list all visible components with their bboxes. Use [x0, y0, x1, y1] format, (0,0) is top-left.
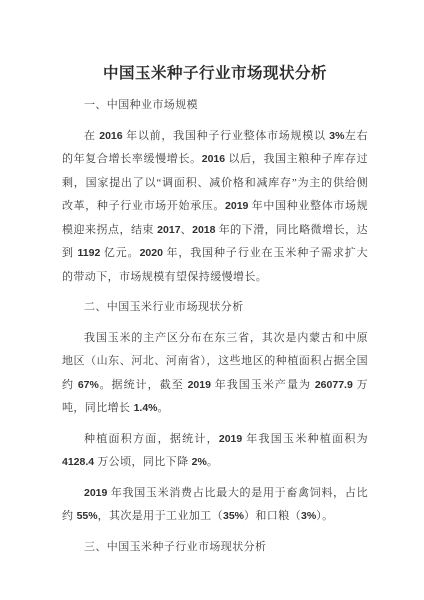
highlight-number: 3% [301, 510, 316, 522]
text-run: 在 [84, 130, 99, 142]
text-run: 年以前，我国种子行业整体市场规模以 [123, 130, 330, 142]
document-body: 一、中国种业市场规模在 2016 年以前，我国种子行业整体市场规模以 3%左右的… [62, 94, 368, 559]
text-run: ）和口粮（ [244, 510, 301, 522]
text-run: 。据统计，截至 [99, 379, 188, 391]
highlight-number: 2017 [157, 224, 180, 236]
text-run: 年我国玉米种植面积为 [242, 433, 368, 445]
highlight-number: 26077.9 [315, 379, 353, 391]
text-run: 万公顷，同比下降 [94, 456, 192, 468]
highlight-number: 2016 [202, 153, 225, 165]
highlight-number: 2% [192, 456, 207, 468]
highlight-number: 2019 [84, 487, 107, 499]
highlight-number: 2019 [219, 433, 242, 445]
highlight-number: 1192 [78, 247, 101, 259]
highlight-number: 2016 [99, 130, 122, 142]
document-title: 中国玉米种子行业市场现状分析 [62, 63, 368, 85]
highlight-number: 2019 [188, 379, 211, 391]
paragraph: 种植面积方面，据统计，2019 年我国玉米种植面积为 4128.4 万公顷，同比… [62, 428, 368, 475]
highlight-number: 2019 [225, 200, 248, 212]
highlight-number: 2018 [192, 224, 215, 236]
text-run: 。 [158, 402, 169, 414]
text-run: 。 [207, 456, 218, 468]
section-heading: 二、中国玉米行业市场现状分析 [62, 296, 368, 320]
document-page: 中国玉米种子行业市场现状分析 一、中国种业市场规模在 2016 年以前，我国种子… [0, 0, 424, 600]
text-run: 种植面积方面，据统计， [84, 433, 219, 445]
text-run: ）。 [316, 510, 333, 522]
text-run: ，其次是用于工业加工（ [98, 510, 223, 522]
text-run: 、 [181, 224, 193, 236]
highlight-number: 2020 [140, 247, 163, 259]
highlight-number: 3% [329, 130, 344, 142]
highlight-number: 1.4% [134, 402, 158, 414]
highlight-number: 55% [77, 510, 98, 522]
section-heading: 一、中国种业市场规模 [62, 94, 368, 118]
text-run: 年我国玉米产量为 [211, 379, 315, 391]
section-heading: 三、中国玉米种子行业市场现状分析 [62, 536, 368, 560]
paragraph: 在 2016 年以前，我国种子行业整体市场规模以 3%左右的年复合增长率缓慢增长… [62, 125, 368, 290]
highlight-number: 67% [78, 379, 99, 391]
highlight-number: 4128.4 [62, 456, 94, 468]
paragraph: 2019 年我国玉米消费占比最大的是用于畜禽饲料，占比约 55%，其次是用于工业… [62, 482, 368, 529]
text-run: 亿元。 [100, 247, 139, 259]
paragraph: 我国玉米的主产区分布在东三省，其次是内蒙古和中原地区（山东、河北、河南省），这些… [62, 327, 368, 421]
highlight-number: 35% [223, 510, 244, 522]
